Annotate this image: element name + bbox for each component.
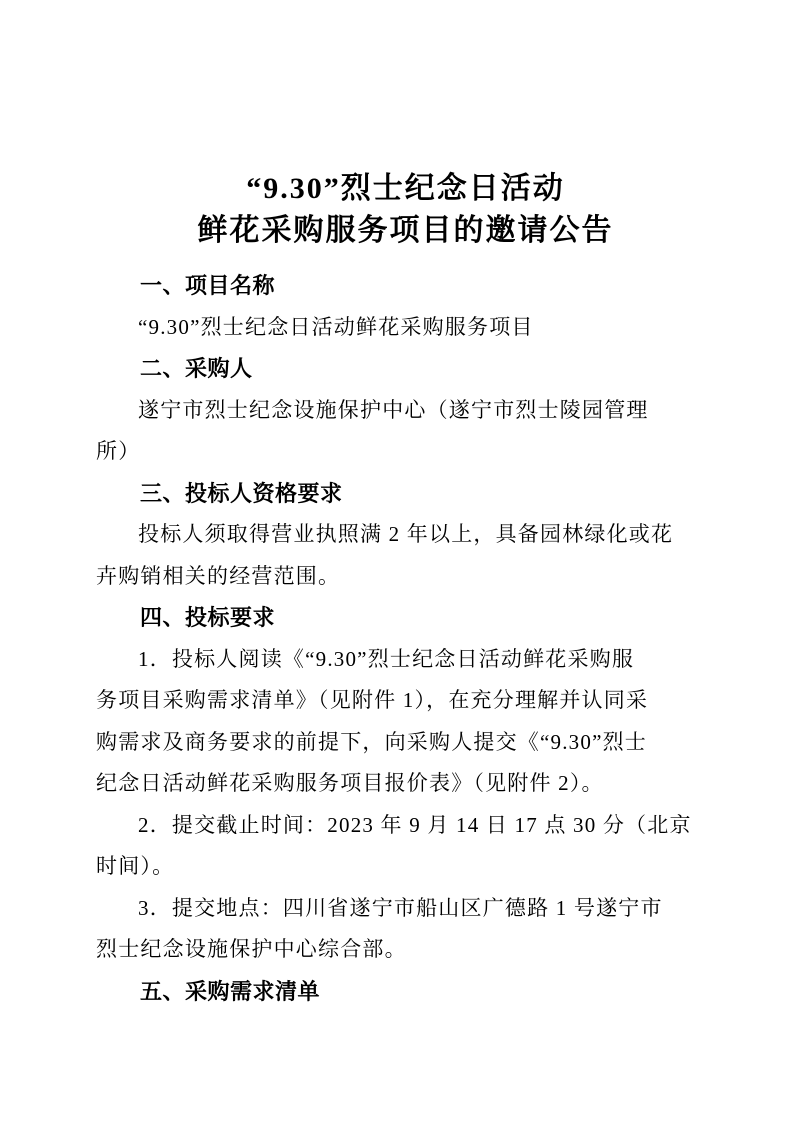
paragraph-bid-requirement-3-location: 3．提交地点：四川省遂宁市船山区广德路 1 号遂宁市 烈士纪念设施保护中心综合部… (96, 888, 715, 971)
section-heading-procurement-list: 五、采购需求清单 (96, 971, 715, 1013)
document-title-line-1: “9.30”烈士纪念日活动 (96, 168, 715, 210)
paragraph-bid-requirement-2-deadline: 2．提交截止时间：2023 年 9 月 14 日 17 点 30 分（北京 时间… (96, 805, 715, 888)
document-page: “9.30”烈士纪念日活动 鲜花采购服务项目的邀请公告 一、项目名称 “9.30… (0, 0, 793, 1122)
paragraph-bid-requirement-1: 1．投标人阅读《“9.30”烈士纪念日活动鲜花采购服 务项目采购需求清单》（见附… (96, 639, 715, 805)
section-heading-project-name: 一、项目名称 (96, 265, 715, 307)
document-title-line-2: 鲜花采购服务项目的邀请公告 (96, 210, 715, 252)
paragraph-project-name: “9.30”烈士纪念日活动鲜花采购服务项目 (96, 307, 715, 349)
section-heading-bidder-qualification: 三、投标人资格要求 (96, 473, 715, 515)
paragraph-purchaser: 遂宁市烈士纪念设施保护中心（遂宁市烈士陵园管理 所） (96, 390, 715, 473)
section-heading-bid-requirements: 四、投标要求 (96, 597, 715, 639)
paragraph-bidder-qualification: 投标人须取得营业执照满 2 年以上，具备园林绿化或花 卉购销相关的经营范围。 (96, 514, 715, 597)
section-heading-purchaser: 二、采购人 (96, 348, 715, 390)
document-title: “9.30”烈士纪念日活动 鲜花采购服务项目的邀请公告 (96, 168, 715, 252)
